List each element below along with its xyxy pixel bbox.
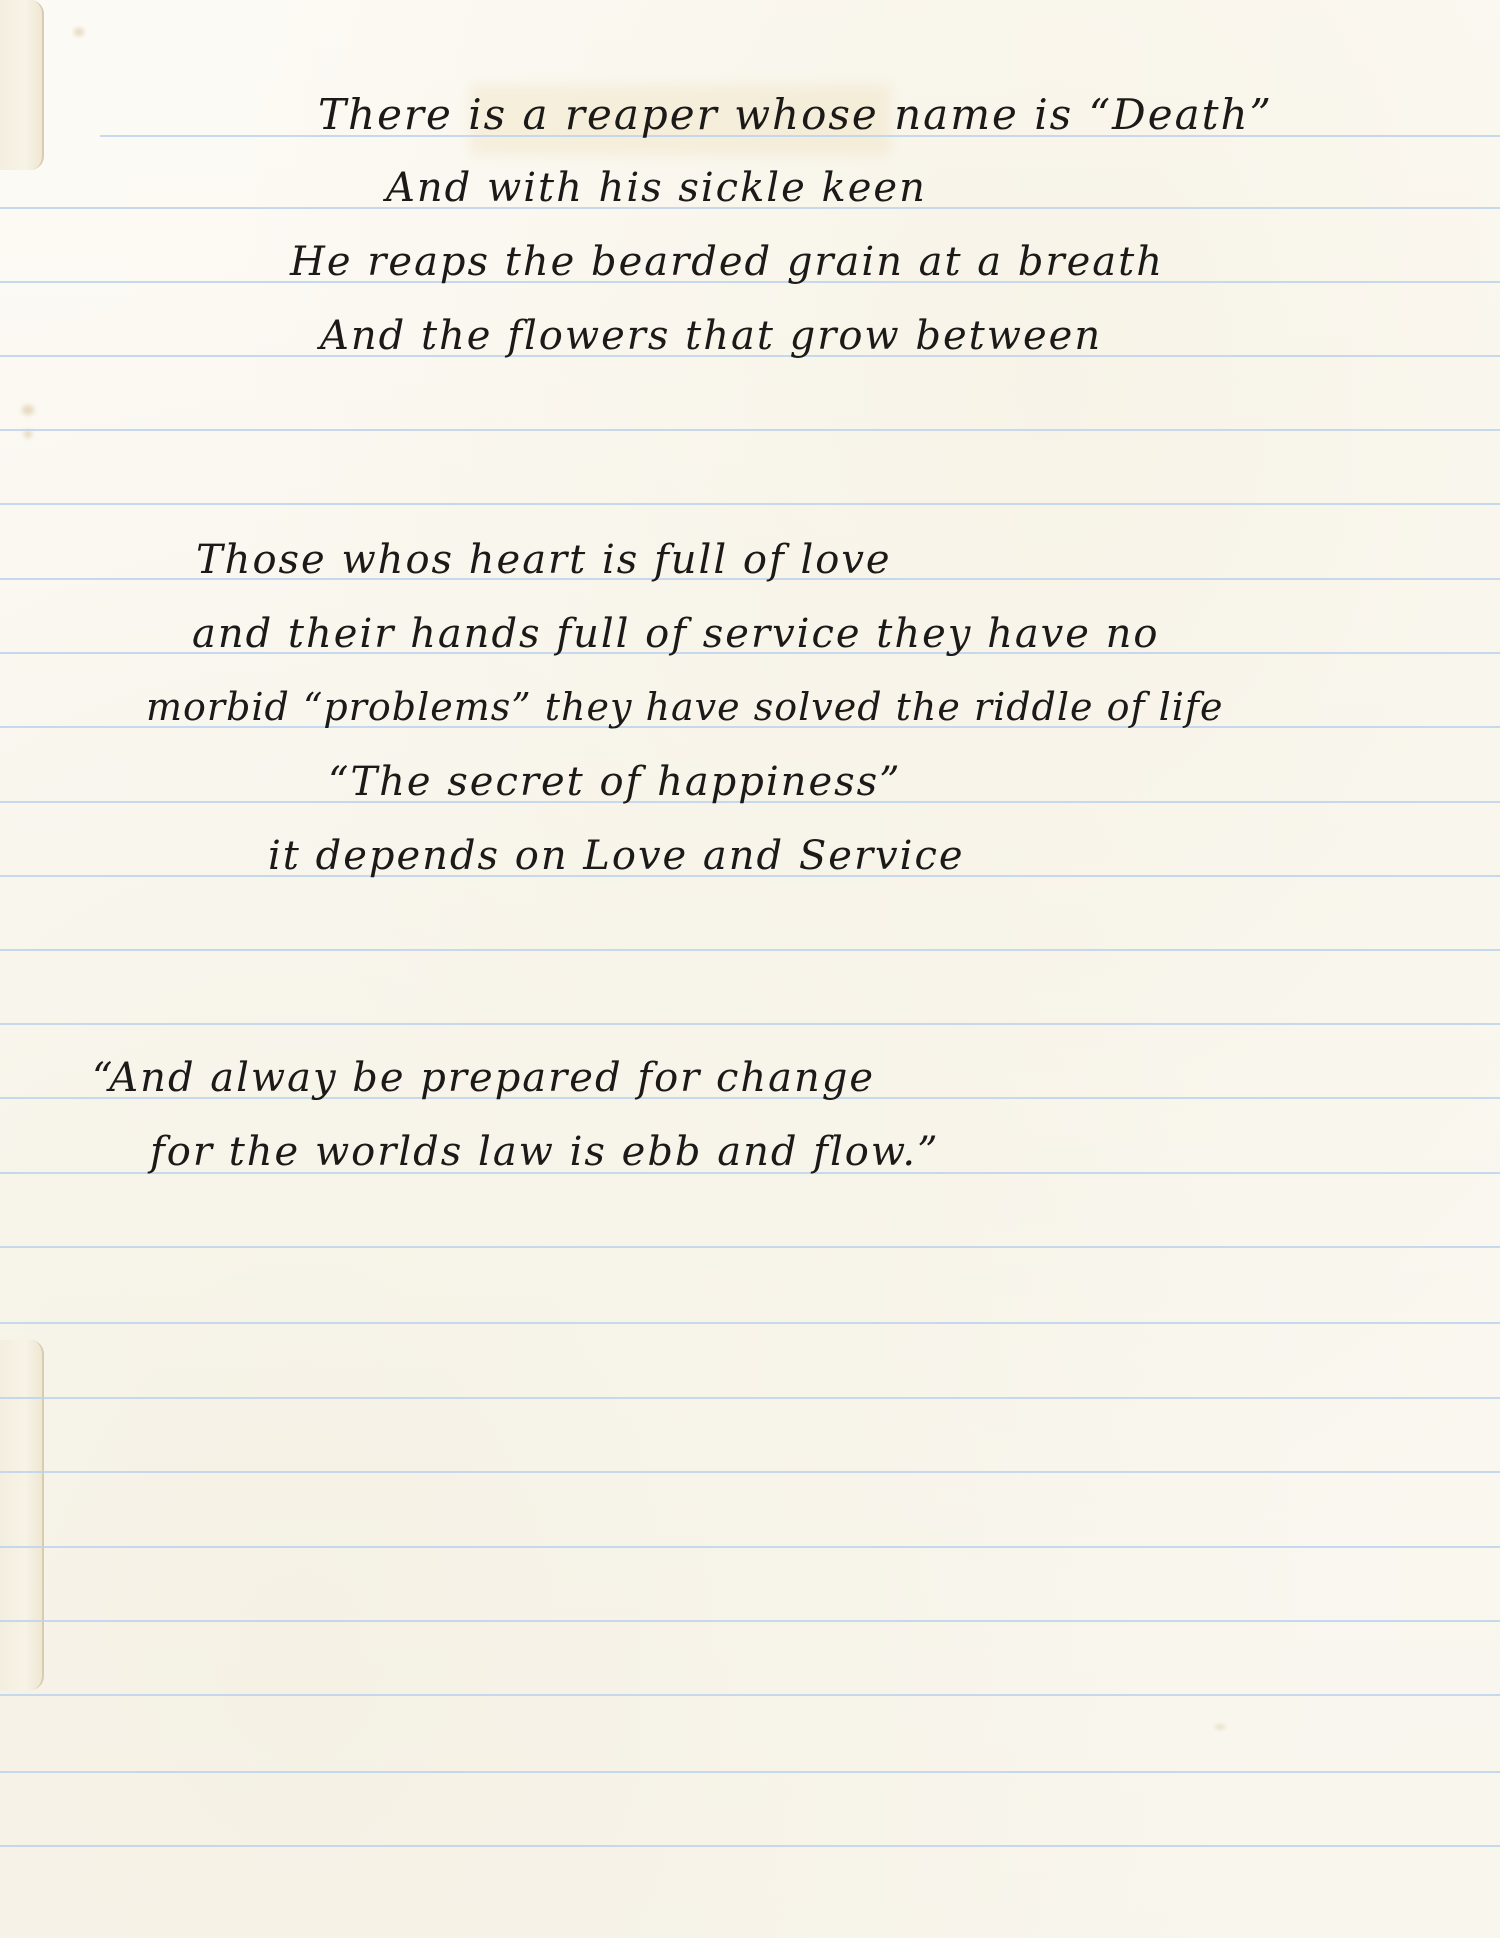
ruled-line [0,1023,1500,1025]
torn-edge-bottom [0,1340,44,1690]
stain-spot [24,430,32,438]
torn-edge-top [0,0,44,170]
poem-line: morbid “problems” they have solved the r… [146,688,1223,726]
ruled-line [0,503,1500,505]
stain-spot [74,28,84,36]
poem-line: it depends on Love and Service [268,836,965,876]
ruled-line [0,1845,1500,1847]
poem-line: And with his sickle keen [386,168,927,208]
poem-line: for the worlds law is ebb and flow.” [150,1132,940,1172]
notebook-page: There is a reaper whose name is “Death” … [0,0,1500,1938]
poem-line: There is a reaper whose name is “Death” [318,94,1273,136]
poem-line: and their hands full of service they hav… [192,614,1160,654]
ruled-line [0,949,1500,951]
poem-line: “And alway be prepared for change [92,1058,875,1098]
ruled-line [0,1620,1500,1622]
poem-line: Those whos heart is full of love [196,540,892,580]
ruled-line [0,1771,1500,1773]
ruled-line [0,429,1500,431]
ruled-line [0,1246,1500,1248]
ruled-line [0,1694,1500,1696]
poem-line: And the flowers that grow between [320,316,1102,356]
poem-line: He reaps the bearded grain at a breath [290,242,1164,282]
stain-spot [1215,1725,1225,1729]
stain-spot [22,405,34,415]
poem-line: “The secret of happiness” [328,762,902,802]
ruled-line [0,1546,1500,1548]
ruled-line [0,1471,1500,1473]
ruled-line [0,1397,1500,1399]
ruled-line [0,1322,1500,1324]
